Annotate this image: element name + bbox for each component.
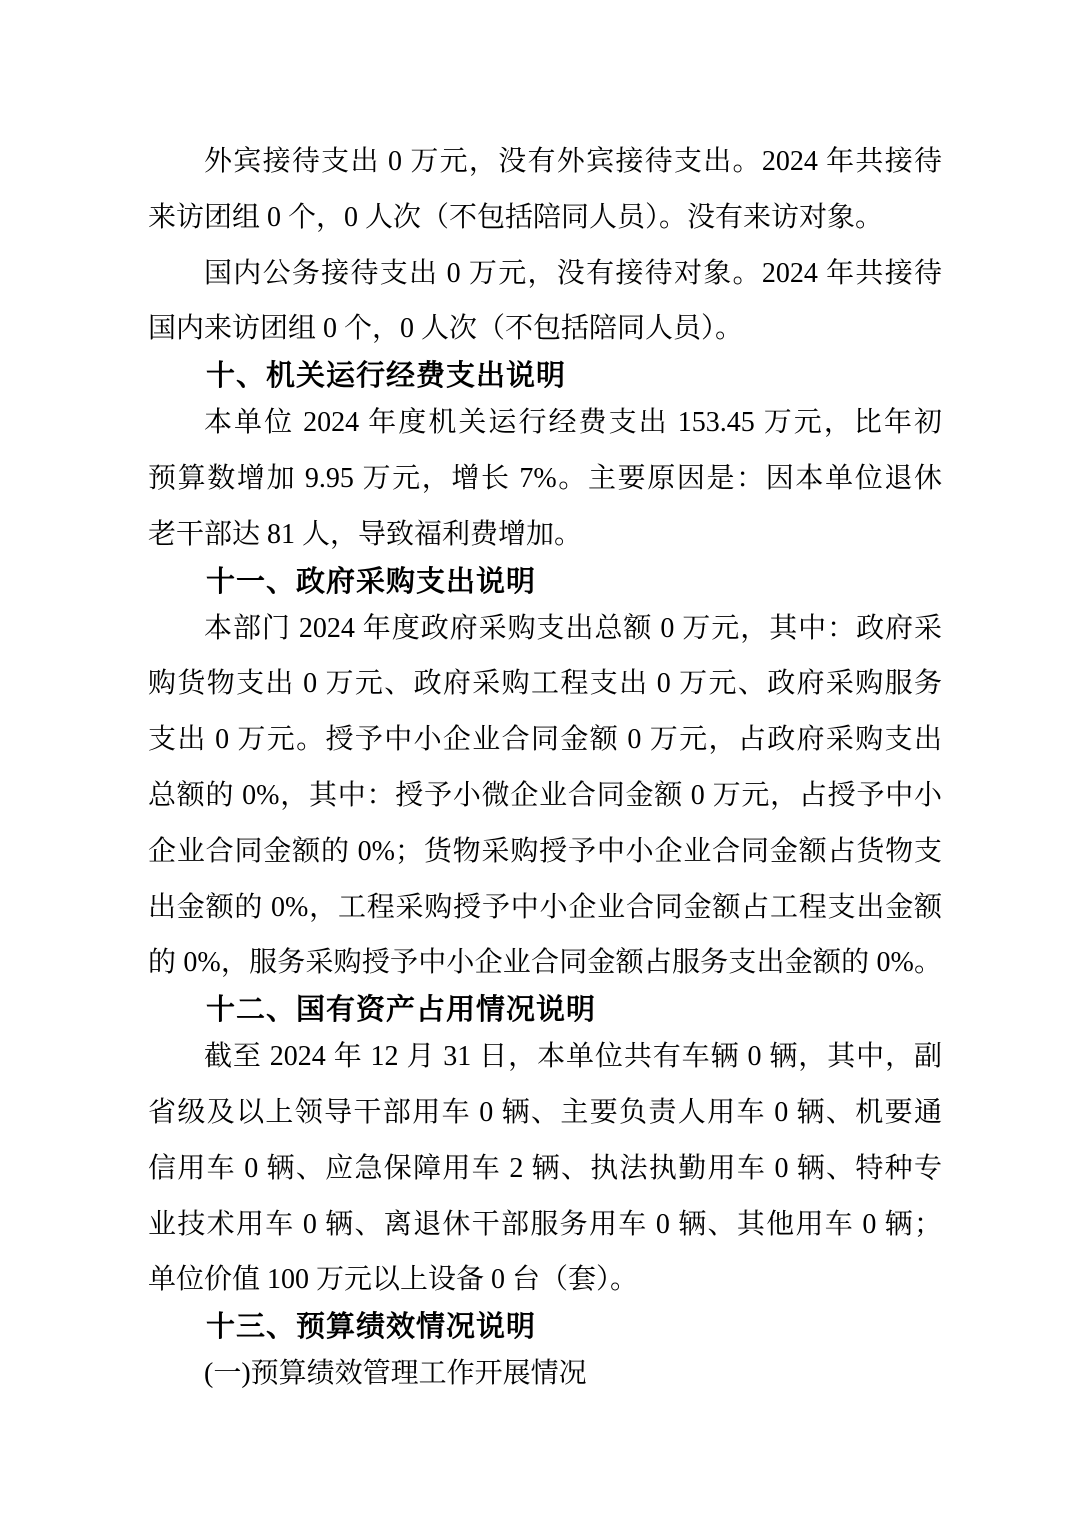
- paragraph-line: 业技术用车 0 辆、离退休干部服务用车 0 辆、其他用车 0 辆；: [148, 1197, 942, 1253]
- subsection-heading: (一)预算绩效管理工作开展情况: [148, 1346, 942, 1402]
- document-body: 外宾接待支出 0 万元，没有外宾接待支出。2024 年共接待 来访团组 0 个，…: [148, 134, 942, 1402]
- paragraph-line: 购货物支出 0 万元、政府采购工程支出 0 万元、政府采购服务: [148, 656, 942, 712]
- paragraph-line: 国内公务接待支出 0 万元，没有接待对象。2024 年共接待: [148, 246, 942, 302]
- paragraph-line: 预算数增加 9.95 万元，增长 7%。主要原因是：因本单位退休: [148, 451, 942, 507]
- paragraph-line: 信用车 0 辆、应急保障用车 2 辆、执法执勤用车 0 辆、特种专: [148, 1141, 942, 1197]
- paragraph-line: 来访团组 0 个，0 人次（不包括陪同人员）。没有来访对象。: [148, 190, 942, 246]
- paragraph-line: 省级及以上领导干部用车 0 辆、主要负责人用车 0 辆、机要通: [148, 1085, 942, 1141]
- section-heading-twelve: 十二、国有资产占用情况说明: [148, 991, 942, 1029]
- paragraph-line: 本部门 2024 年度政府采购支出总额 0 万元，其中：政府采: [148, 601, 942, 657]
- paragraph-line: 截至 2024 年 12 月 31 日，本单位共有车辆 0 辆，其中，副: [148, 1029, 942, 1085]
- paragraph-line: 的 0%，服务采购授予中小企业合同金额占服务支出金额的 0%。: [148, 935, 942, 991]
- paragraph-line: 国内来访团组 0 个，0 人次（不包括陪同人员）。: [148, 301, 942, 357]
- paragraph-line: 本单位 2024 年度机关运行经费支出 153.45 万元，比年初: [148, 395, 942, 451]
- section-heading-thirteen: 十三、预算绩效情况说明: [148, 1308, 942, 1346]
- document-page: 外宾接待支出 0 万元，没有外宾接待支出。2024 年共接待 来访团组 0 个，…: [0, 0, 1075, 1520]
- paragraph-line: 出金额的 0%，工程采购授予中小企业合同金额占工程支出金额: [148, 880, 942, 936]
- paragraph-line: 总额的 0%，其中：授予小微企业合同金额 0 万元，占授予中小: [148, 768, 942, 824]
- paragraph-line: 老干部达 81 人，导致福利费增加。: [148, 507, 942, 563]
- paragraph-line: 单位价值 100 万元以上设备 0 台（套）。: [148, 1252, 942, 1308]
- section-heading-ten: 十、机关运行经费支出说明: [148, 357, 942, 395]
- paragraph-line: 企业合同金额的 0%；货物采购授予中小企业合同金额占货物支: [148, 824, 942, 880]
- paragraph-line: 支出 0 万元。授予中小企业合同金额 0 万元，占政府采购支出: [148, 712, 942, 768]
- paragraph-line: 外宾接待支出 0 万元，没有外宾接待支出。2024 年共接待: [148, 134, 942, 190]
- section-heading-eleven: 十一、政府采购支出说明: [148, 563, 942, 601]
